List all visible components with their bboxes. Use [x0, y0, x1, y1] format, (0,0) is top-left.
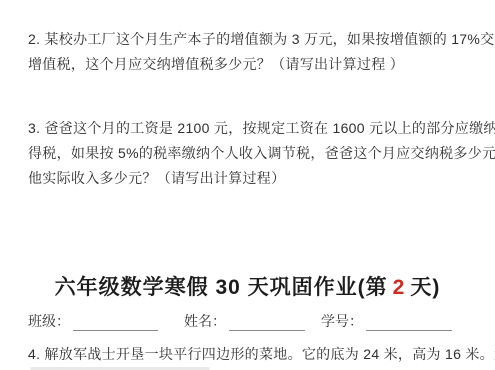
student-info-row: 班级： 姓名： 学号： [28, 311, 475, 331]
question-3-line-1: 3. 爸爸这个月的工资是 2100 元，按规定工资在 1600 元以上的部分应缴… [28, 116, 475, 141]
student-id-field: 学号： [321, 311, 452, 331]
question-3-line-3: 他实际收入多少元？（请写出计算过程） [28, 166, 475, 191]
question-4-line-1: 4. 解放军战士开垦一块平行四边形的菜地。它的底为 24 米，高为 16 米。这 [28, 342, 475, 367]
student-id-label: 学号： [321, 311, 363, 331]
question-2-line-2: 增值税，这个月应交纳增值税多少元？（请写出计算过程 ） [28, 52, 475, 77]
class-field: 班级： [28, 311, 158, 331]
question-3-line-2: 得税，如果按 5%的税率缴纳个人收入调节税，爸爸这个月应交纳税多少元？ [28, 141, 475, 166]
name-label: 姓名： [184, 311, 226, 331]
question-3: 3. 爸爸这个月的工资是 2100 元，按规定工资在 1600 元以上的部分应缴… [28, 116, 475, 191]
student-id-blank-line [366, 315, 452, 331]
worksheet-title: 六年级数学寒假 30 天巩固作业(第2天) [0, 271, 495, 301]
name-blank-line [229, 315, 305, 331]
class-label: 班级： [28, 311, 70, 331]
question-2: 2. 某校办工厂这个月生产本子的增值额为 3 万元，如果按增值额的 17%交纳 … [28, 27, 475, 77]
worksheet-day-number: 2 [388, 276, 411, 299]
worksheet-document-page: 2. 某校办工厂这个月生产本子的增值额为 3 万元，如果按增值额的 17%交纳 … [0, 0, 495, 370]
question-2-line-1: 2. 某校办工厂这个月生产本子的增值额为 3 万元，如果按增值额的 17%交纳 [28, 27, 475, 52]
question-4: 4. 解放军战士开垦一块平行四边形的菜地。它的底为 24 米，高为 16 米。这 [28, 342, 475, 367]
name-field: 姓名： [184, 311, 305, 331]
class-blank-line [73, 315, 158, 331]
worksheet-title-suffix: 天) [410, 276, 440, 299]
worksheet-title-prefix: 六年级数学寒假 30 天巩固作业(第 [55, 276, 388, 299]
